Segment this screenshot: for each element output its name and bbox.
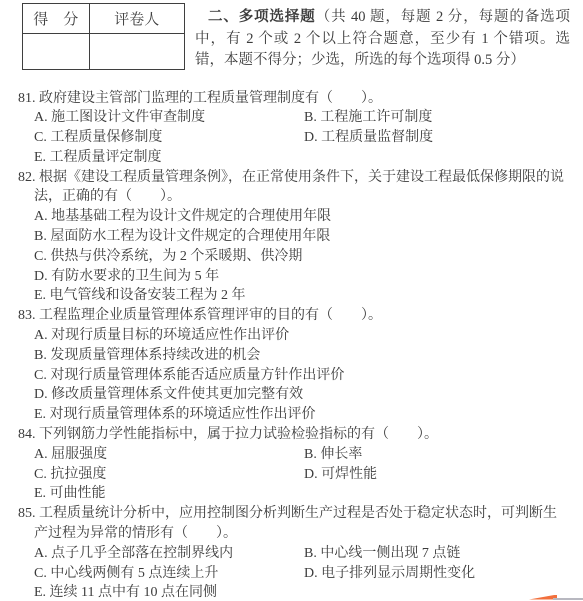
question-stem-text: 政府建设主管部门监理的工程质量管理制度有（ ）。 bbox=[39, 91, 382, 106]
score-value-cell bbox=[23, 34, 90, 70]
grader-value-cell bbox=[89, 34, 184, 70]
option-d: D. 电子排列显示周期性变化 bbox=[304, 564, 570, 584]
option-b: B. 发现质量管理体系持续改进的机会 bbox=[34, 346, 570, 366]
question-stem-text: 工程质量统计分析中，应用控制图分析判断生产过程是否处于稳定状态时，可判断生产过程… bbox=[34, 506, 557, 541]
options-row: A. 施工图设计文件审查制度 B. 工程施工许可制度 bbox=[18, 108, 570, 128]
question-85: 85. 工程质量统计分析中，应用控制图分析判断生产过程是否处于稳定状态时，可判断… bbox=[18, 504, 570, 601]
options-row: E. 工程质量评定制度 bbox=[18, 148, 570, 168]
option-c: C. 抗拉强度 bbox=[34, 465, 304, 485]
header-area: 得 分 评卷人 二、多项选择题（共 40 题，每题 2 分，每题的备选项中，有 … bbox=[0, 0, 583, 72]
options-row: C. 供热与供冷系统，为 2 个采暖期、供冷期 bbox=[18, 247, 570, 267]
option-a: A. 施工图设计文件审查制度 bbox=[34, 108, 304, 128]
option-b: B. 工程施工许可制度 bbox=[304, 108, 570, 128]
question-stem: 82. 根据《建设工程质量管理条例》，在正常使用条件下，关于建设工程最低保修期限… bbox=[18, 168, 570, 208]
options-row: E. 可曲性能 bbox=[18, 484, 570, 504]
options-row: B. 发现质量管理体系持续改进的机会 bbox=[18, 346, 570, 366]
option-c: C. 工程质量保修制度 bbox=[34, 128, 304, 148]
option-c: C. 供热与供冷系统，为 2 个采暖期、供冷期 bbox=[34, 247, 570, 267]
question-number: 85. bbox=[18, 506, 36, 521]
question-number: 83. bbox=[18, 308, 36, 323]
options-row: A. 点子几乎全部落在控制界线内 B. 中心线一侧出现 7 点链 bbox=[18, 544, 570, 564]
exam-page: 得 分 评卷人 二、多项选择题（共 40 题，每题 2 分，每题的备选项中，有 … bbox=[0, 0, 583, 601]
question-stem-text: 根据《建设工程质量管理条例》，在正常使用条件下，关于建设工程最低保修期限的说法，… bbox=[34, 170, 564, 205]
option-e: E. 工程质量评定制度 bbox=[34, 148, 570, 168]
option-e: E. 可曲性能 bbox=[34, 484, 570, 504]
option-e: E. 电气管线和设备安装工程为 2 年 bbox=[34, 286, 570, 306]
options-row: C. 工程质量保修制度 D. 工程质量监督制度 bbox=[18, 128, 570, 148]
option-e: E. 连续 11 点中有 10 点在同侧 bbox=[34, 583, 570, 601]
question-stem: 81. 政府建设主管部门监理的工程质量管理制度有（ ）。 bbox=[18, 89, 570, 109]
question-stem-text: 下列钢筋力学性能指标中，属于拉力试验检验指标的有（ ）。 bbox=[39, 427, 438, 442]
option-d: D. 有防水要求的卫生间为 5 年 bbox=[34, 267, 570, 287]
section-title: 二、多项选择题 bbox=[208, 9, 316, 25]
question-83: 83. 工程监理企业质量管理体系管理评审的目的有（ ）。 A. 对现行质量目标的… bbox=[18, 306, 570, 425]
options-row: A. 屈服强度 B. 伸长率 bbox=[18, 445, 570, 465]
option-e: E. 对现行质量管理体系的环境适应性作出评价 bbox=[34, 405, 570, 425]
options-row: C. 中心线两侧有 5 点连续上升 D. 电子排列显示周期性变化 bbox=[18, 564, 570, 584]
option-b: B. 中心线一侧出现 7 点链 bbox=[304, 544, 570, 564]
question-list: 81. 政府建设主管部门监理的工程质量管理制度有（ ）。 A. 施工图设计文件审… bbox=[18, 89, 570, 601]
options-row: D. 有防水要求的卫生间为 5 年 bbox=[18, 267, 570, 287]
option-c: C. 中心线两侧有 5 点连续上升 bbox=[34, 564, 304, 584]
options-row: C. 对现行质量管理体系能否适应质量方针作出评价 bbox=[18, 366, 570, 386]
question-84: 84. 下列钢筋力学性能指标中，属于拉力试验检验指标的有（ ）。 A. 屈服强度… bbox=[18, 425, 570, 504]
options-row: D. 修改质量管理体系文件使其更加完整有效 bbox=[18, 385, 570, 405]
options-row: E. 连续 11 点中有 10 点在同侧 bbox=[18, 583, 570, 601]
option-d: D. 工程质量监督制度 bbox=[304, 128, 570, 148]
score-header-cell: 得 分 bbox=[23, 4, 90, 34]
question-stem: 83. 工程监理企业质量管理体系管理评审的目的有（ ）。 bbox=[18, 306, 570, 326]
options-row: E. 电气管线和设备安装工程为 2 年 bbox=[18, 286, 570, 306]
option-d: D. 可焊性能 bbox=[304, 465, 570, 485]
grader-header-cell: 评卷人 bbox=[89, 4, 184, 34]
section-intro: 二、多项选择题（共 40 题，每题 2 分，每题的备选项中，有 2 个或 2 个… bbox=[195, 7, 570, 72]
options-row: A. 对现行质量目标的环境适应性作出评价 bbox=[18, 326, 570, 346]
options-row: B. 屋面防水工程为设计文件规定的合理使用年限 bbox=[18, 227, 570, 247]
score-table: 得 分 评卷人 bbox=[22, 3, 185, 70]
option-c: C. 对现行质量管理体系能否适应质量方针作出评价 bbox=[34, 366, 570, 386]
question-number: 81. bbox=[18, 91, 36, 106]
question-stem: 85. 工程质量统计分析中，应用控制图分析判断生产过程是否处于稳定状态时，可判断… bbox=[18, 504, 570, 544]
option-a: A. 点子几乎全部落在控制界线内 bbox=[34, 544, 304, 564]
option-a: A. 屈服强度 bbox=[34, 445, 304, 465]
corner-line bbox=[553, 598, 583, 600]
option-a: A. 对现行质量目标的环境适应性作出评价 bbox=[34, 326, 570, 346]
question-81: 81. 政府建设主管部门监理的工程质量管理制度有（ ）。 A. 施工图设计文件审… bbox=[18, 89, 570, 168]
options-row: E. 对现行质量管理体系的环境适应性作出评价 bbox=[18, 405, 570, 425]
options-row: C. 抗拉强度 D. 可焊性能 bbox=[18, 465, 570, 485]
option-d: D. 修改质量管理体系文件使其更加完整有效 bbox=[34, 385, 570, 405]
question-number: 82. bbox=[18, 170, 36, 185]
question-stem-text: 工程监理企业质量管理体系管理评审的目的有（ ）。 bbox=[39, 308, 382, 323]
question-82: 82. 根据《建设工程质量管理条例》，在正常使用条件下，关于建设工程最低保修期限… bbox=[18, 168, 570, 307]
option-b: B. 屋面防水工程为设计文件规定的合理使用年限 bbox=[34, 227, 570, 247]
question-stem: 84. 下列钢筋力学性能指标中，属于拉力试验检验指标的有（ ）。 bbox=[18, 425, 570, 445]
question-number: 84. bbox=[18, 427, 36, 442]
option-a: A. 地基基础工程为设计文件规定的合理使用年限 bbox=[34, 207, 570, 227]
option-b: B. 伸长率 bbox=[304, 445, 570, 465]
options-row: A. 地基基础工程为设计文件规定的合理使用年限 bbox=[18, 207, 570, 227]
